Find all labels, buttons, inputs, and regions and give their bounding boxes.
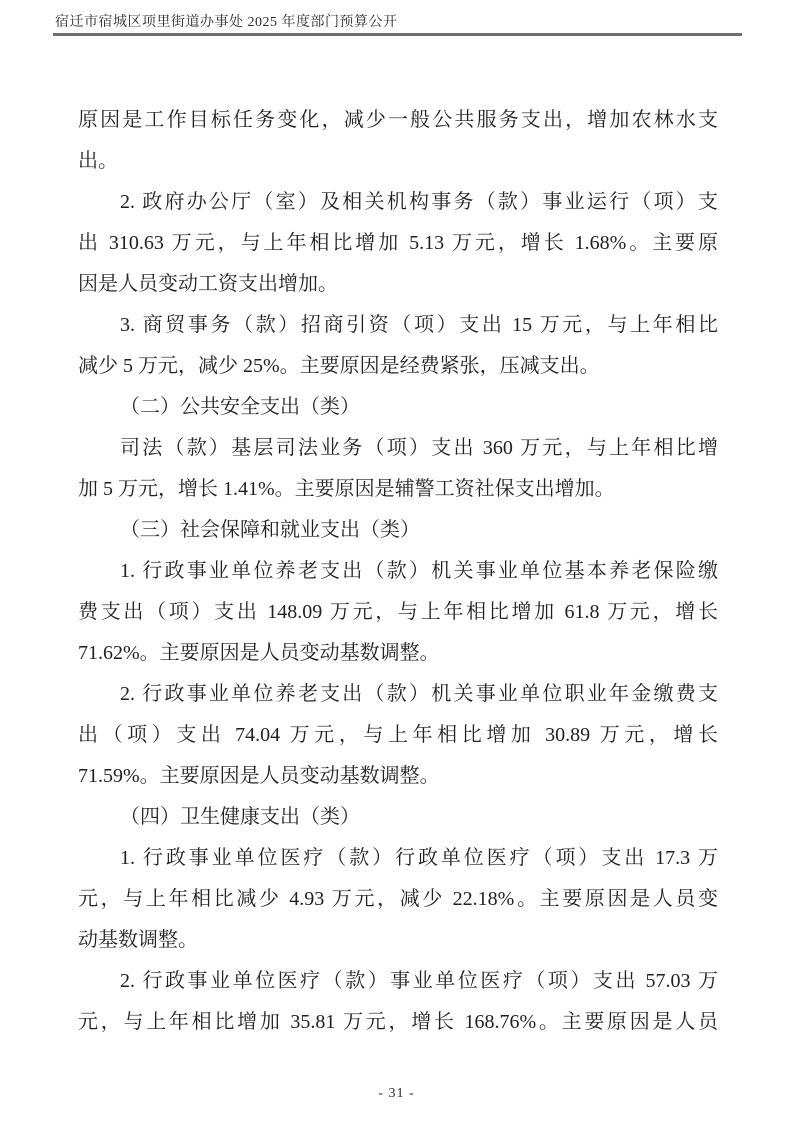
text-line: 费支出（项）支出 148.09 万元，与上年相比增加 61.8 万元，增长 (78, 592, 718, 633)
text-line: 2. 政府办公厅（室）及相关机构事务（款）事业运行（项）支 (78, 182, 718, 223)
text-line: 出 310.63 万元，与上年相比增加 5.13 万元，增长 1.68%。主要原 (78, 223, 718, 264)
text-line: 2. 行政事业单位养老支出（款）机关事业单位职业年金缴费支 (78, 674, 718, 715)
text-line: 1. 行政事业单位养老支出（款）机关事业单位基本养老保险缴 (78, 551, 718, 592)
text-line: 因是人员变动工资支出增加。 (78, 264, 718, 305)
page-number: - 31 - (378, 1086, 414, 1101)
text-line: 元，与上年相比增加 35.81 万元，增长 168.76%。主要原因是人员 (78, 1002, 718, 1043)
text-line: 2. 行政事业单位医疗（款）事业单位医疗（项）支出 57.03 万 (78, 961, 718, 1002)
text-line: 71.59%。主要原因是人员变动基数调整。 (78, 756, 718, 797)
header-rule (53, 33, 742, 36)
text-line: （四）卫生健康支出（类） (78, 797, 718, 838)
page-footer: - 31 - (0, 1086, 793, 1102)
text-line: 动基数调整。 (78, 920, 718, 961)
text-line: 出。 (78, 141, 718, 182)
text-line: 1. 行政事业单位医疗（款）行政单位医疗（项）支出 17.3 万 (78, 838, 718, 879)
text-line: 3. 商贸事务（款）招商引资（项）支出 15 万元，与上年相比 (78, 305, 718, 346)
text-line: 减少 5 万元，减少 25%。主要原因是经费紧张，压减支出。 (78, 346, 718, 387)
text-line: 71.62%。主要原因是人员变动基数调整。 (78, 633, 718, 674)
text-line: 司法（款）基层司法业务（项）支出 360 万元，与上年相比增 (78, 428, 718, 469)
text-line: 出（项）支出 74.04 万元，与上年相比增加 30.89 万元，增长 (78, 715, 718, 756)
document-page: 宿迁市宿城区项里街道办事处 2025 年度部门预算公开 原因是工作目标任务变化，… (0, 0, 793, 1122)
header-title: 宿迁市宿城区项里街道办事处 2025 年度部门预算公开 (55, 15, 398, 30)
text-line: 加 5 万元，增长 1.41%。主要原因是辅警工资社保支出增加。 (78, 469, 718, 510)
text-line: 元，与上年相比减少 4.93 万元，减少 22.18%。主要原因是人员变 (78, 879, 718, 920)
text-line: （二）公共安全支出（类） (78, 387, 718, 428)
page-header: 宿迁市宿城区项里街道办事处 2025 年度部门预算公开 (55, 11, 398, 31)
text-line: 原因是工作目标任务变化，减少一般公共服务支出，增加农林水支 (78, 100, 718, 141)
text-line: （三）社会保障和就业支出（类） (78, 510, 718, 551)
document-body: 原因是工作目标任务变化，减少一般公共服务支出，增加农林水支出。2. 政府办公厅（… (78, 100, 718, 1043)
